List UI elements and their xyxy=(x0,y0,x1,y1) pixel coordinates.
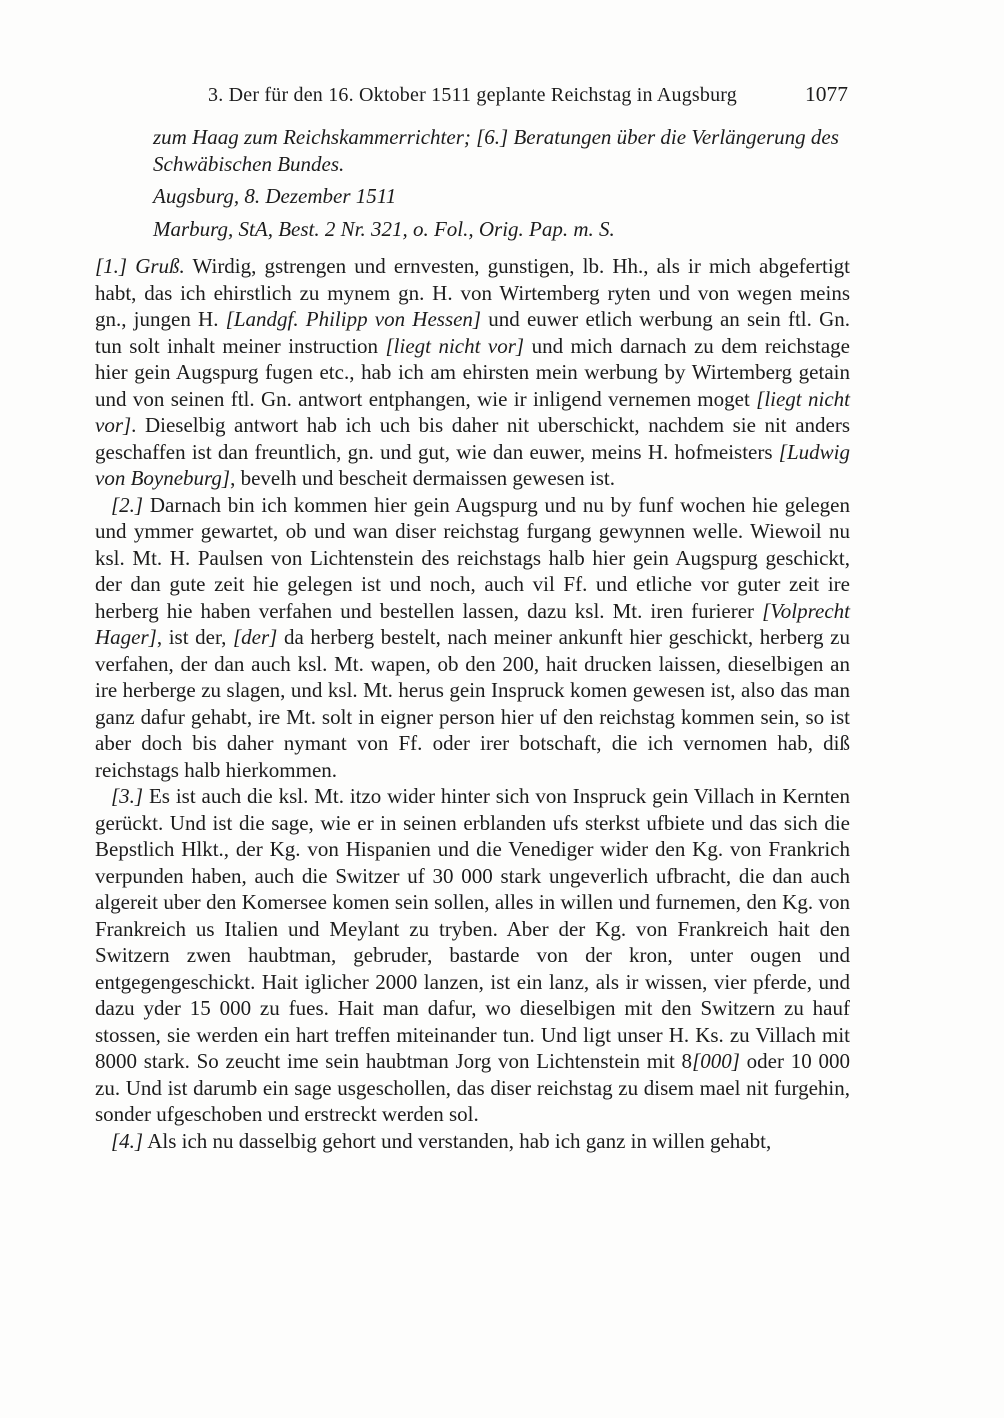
editorial-italic-run: [2.] xyxy=(111,493,143,517)
book-page: 3. Der für den 16. Oktober 1511 geplante… xyxy=(0,0,1004,1418)
editorial-italic-run: [Landgf. Philipp von Hessen] xyxy=(226,307,481,331)
text-run: , ist der, xyxy=(157,625,233,649)
body-paragraph: [3.] Es ist auch die ksl. Mt. itzo wider… xyxy=(95,783,850,1128)
body-paragraph: [4.] Als ich nu dasselbig gehort und ver… xyxy=(95,1128,850,1155)
editorial-italic-run: [1.] Gruß. xyxy=(95,254,185,278)
editorial-italic-run: [liegt nicht vor] xyxy=(386,334,525,358)
text-run: , bevelh und bescheit dermaissen gewesen… xyxy=(230,466,615,490)
editorial-italic-run: [3.] xyxy=(111,784,143,808)
editorial-italic-run: [der] xyxy=(233,625,277,649)
regest-block: zum Haag zum Reichskammerrichter; [6.] B… xyxy=(153,124,850,242)
text-run: Es ist auch die ksl. Mt. itzo wider hint… xyxy=(95,784,850,1073)
text-run: Darnach bin ich kommen hier gein Augspur… xyxy=(95,493,850,623)
editorial-italic-run: [4.] xyxy=(111,1129,143,1153)
page-number: 1077 xyxy=(805,81,848,107)
text-run: Als ich nu dasselbig gehort und verstand… xyxy=(143,1129,771,1153)
document-body: [1.] Gruß. Wirdig, gstrengen und ernvest… xyxy=(95,253,850,1154)
text-run: . Dieselbig antwort hab ich uch bis dahe… xyxy=(95,413,850,464)
regest-dateline: Augsburg, 8. Dezember 1511 xyxy=(153,183,850,210)
editorial-italic-run: [000] xyxy=(692,1049,740,1073)
page-header: 3. Der für den 16. Oktober 1511 geplante… xyxy=(95,82,850,108)
body-paragraph: [1.] Gruß. Wirdig, gstrengen und ernvest… xyxy=(95,253,850,492)
running-title: 3. Der für den 16. Oktober 1511 geplante… xyxy=(95,82,850,108)
regest-summary: zum Haag zum Reichskammerrichter; [6.] B… xyxy=(153,124,850,177)
regest-source: Marburg, StA, Best. 2 Nr. 321, o. Fol., … xyxy=(153,216,850,243)
body-paragraph: [2.] Darnach bin ich kommen hier gein Au… xyxy=(95,492,850,784)
